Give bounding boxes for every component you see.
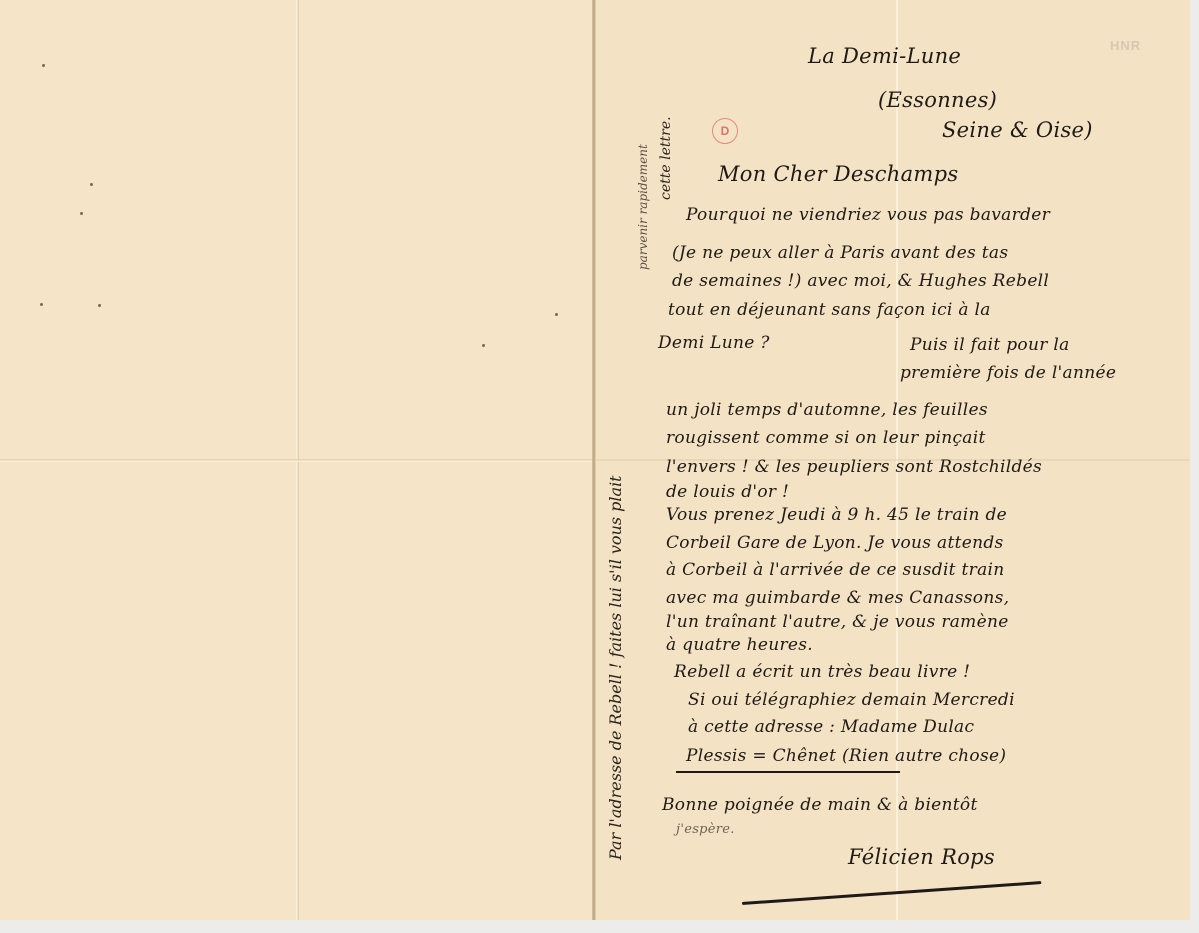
signature: Félicien Rops (848, 845, 995, 869)
body-line: Puis il fait pour la (910, 335, 1070, 355)
closing-line-2: j'espère. (676, 822, 735, 837)
body-line: de louis d'or ! (666, 482, 789, 502)
body-line: Plessis = Chênet (Rien autre chose) (686, 746, 1006, 766)
body-line: l'un traînant l'autre, & je vous ramène (666, 612, 1009, 632)
margin-note-line-2: parvenir rapidement (636, 144, 650, 270)
place-line-3: Seine & Oise) (942, 118, 1093, 142)
library-stamp-icon: D (712, 118, 738, 144)
stamp-letter: D (721, 124, 730, 138)
salutation: Mon Cher Deschamps (718, 162, 958, 186)
body-line: Pourquoi ne viendriez vous pas bavarder (686, 205, 1050, 225)
body-line: tout en déjeunant sans façon ici à la (668, 300, 991, 320)
place-line-2: (Essonnes) (878, 88, 997, 112)
show-through-mark: HNR (1110, 38, 1141, 53)
body-line: l'envers ! & les peupliers sont Rostchil… (666, 457, 1042, 477)
place-line-1: La Demi-Lune (808, 44, 961, 68)
paper-speck (40, 303, 43, 306)
body-line: avec ma guimbarde & mes Canassons, (666, 588, 1009, 608)
paper-speck (42, 64, 45, 67)
paper-speck (90, 183, 93, 186)
paper-speck (482, 344, 485, 347)
body-line: (Je ne peux aller à Paris avant des tas (672, 243, 1008, 263)
margin-note-line-3: cette lettre. (658, 116, 674, 200)
body-line: à quatre heures. (666, 635, 813, 655)
body-line: à cette adresse : Madame Dulac (688, 717, 974, 737)
scanned-letter: HNR D La Demi-Lune (Essonnes) Seine & Oi… (0, 0, 1199, 933)
body-line: un joli temps d'automne, les feuilles (666, 400, 988, 420)
body-line: Si oui télégraphiez demain Mercredi (688, 690, 1015, 710)
body-line: à Corbeil à l'arrivée de ce susdit train (666, 560, 1005, 580)
margin-note-line-1: Par l'adresse de Rebell ! faites lui s'i… (606, 475, 625, 860)
paper-sheet: HNR D La Demi-Lune (Essonnes) Seine & Oi… (0, 0, 1190, 920)
address-underline (676, 771, 900, 773)
paper-speck (555, 313, 558, 316)
body-line: Corbeil Gare de Lyon. Je vous attends (666, 533, 1004, 553)
body-line: première fois de l'année (900, 363, 1116, 383)
closing-line-1: Bonne poignée de main & à bientôt (662, 795, 978, 815)
paper-speck (98, 304, 101, 307)
body-line: de semaines !) avec moi, & Hughes Rebell (672, 271, 1049, 291)
body-line: rougissent comme si on leur pinçait (666, 428, 986, 448)
body-line: Vous prenez Jeudi à 9 h. 45 le train de (666, 505, 1007, 525)
paper-speck (80, 212, 83, 215)
body-line: Rebell a écrit un très beau livre ! (674, 662, 970, 682)
body-line: Demi Lune ? (658, 333, 770, 353)
horizontal-crease (0, 459, 592, 462)
